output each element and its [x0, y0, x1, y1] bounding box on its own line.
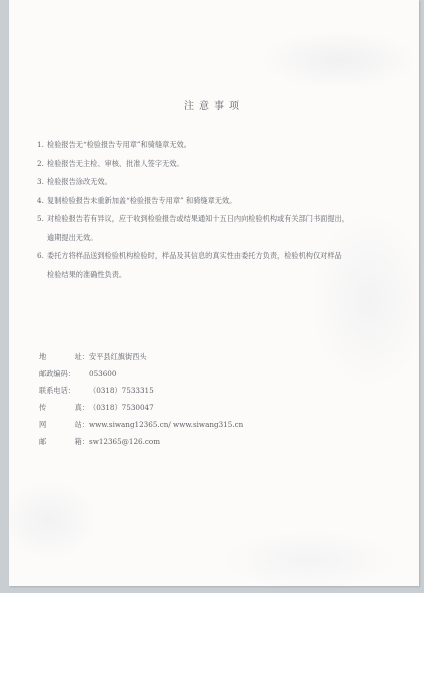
note-text: 对检验报告若有异议，应于收到检验报告或结果通知十五日内向检验机构或有关部门书面提…: [47, 214, 407, 243]
note-text: 复制检验报告未重新加盖“检验报告专用章” 和骑缝章无效。: [47, 196, 407, 206]
note-number: 4.: [37, 196, 47, 206]
note-number: 2.: [37, 159, 47, 169]
note-number: 1.: [37, 140, 47, 150]
scan-border: 注意事项 1. 检验报告无“检验报告专用章”和骑缝章无效。 2. 检验报告无主检…: [0, 0, 424, 593]
notes-list: 1. 检验报告无“检验报告专用章”和骑缝章无效。 2. 检验报告无主检、审核、批…: [37, 140, 407, 289]
contact-email: 邮箱： sw12365@126.com: [39, 437, 339, 454]
contact-value: （0318）7530047: [89, 403, 154, 420]
page-title: 注意事项: [9, 97, 419, 112]
contact-website: 网站： www.siwang12365.cn/ www.siwang315.cn: [39, 420, 339, 437]
note-line-1: 对检验报告若有异议，应于收到检验报告或结果通知十五日内向检验机构或有关部门书面提…: [47, 214, 349, 223]
note-number: 3.: [37, 177, 47, 187]
contact-value: 安平县红旗街西头: [89, 352, 147, 369]
note-text: 委托方将样品送到检验机构检验时，样品及其信息的真实性由委托方负责，检验机构仅对样…: [47, 251, 407, 280]
note-item: 6. 委托方将样品送到检验机构检验时，样品及其信息的真实性由委托方负责，检验机构…: [37, 251, 407, 280]
note-item: 3. 检验报告涂改无效。: [37, 177, 407, 187]
contact-label: 箱：: [75, 437, 89, 454]
contact-label: 传: [39, 403, 46, 420]
note-item: 4. 复制检验报告未重新加盖“检验报告专用章” 和骑缝章无效。: [37, 196, 407, 206]
contact-info: 地址： 安平县红旗街西头 邮政编码： 053600 联系电话： （0318）75…: [39, 352, 339, 454]
contact-address: 地址： 安平县红旗街西头: [39, 352, 339, 369]
contact-label: 网: [39, 420, 46, 437]
note-item: 2. 检验报告无主检、审核、批准人签字无效。: [37, 159, 407, 169]
contact-label: 邮政编码：: [39, 369, 75, 386]
contact-label: 地: [39, 352, 46, 369]
contact-label: 址：: [75, 352, 89, 369]
note-line-2: 逾期提出无效。: [47, 233, 407, 243]
contact-phone: 联系电话： （0318）7533315: [39, 386, 339, 403]
contact-value: www.siwang12365.cn/ www.siwang315.cn: [89, 420, 243, 437]
note-text: 检验报告无“检验报告专用章”和骑缝章无效。: [47, 140, 407, 150]
paper-texture: [9, 0, 419, 586]
contact-label: 站：: [75, 420, 89, 437]
contact-fax: 传真： （0318）7530047: [39, 403, 339, 420]
contact-label: 邮: [39, 437, 46, 454]
contact-value: 053600: [89, 369, 116, 386]
contact-label: 真：: [75, 403, 89, 420]
note-line-2: 检验结果的准确性负责。: [47, 270, 407, 280]
note-number: 6.: [37, 251, 47, 280]
note-item: 5. 对检验报告若有异议，应于收到检验报告或结果通知十五日内向检验机构或有关部门…: [37, 214, 407, 243]
note-text: 检验报告无主检、审核、批准人签字无效。: [47, 159, 407, 169]
note-number: 5.: [37, 214, 47, 243]
note-line-1: 委托方将样品送到检验机构检验时，样品及其信息的真实性由委托方负责，检验机构仅对样…: [47, 251, 342, 260]
contact-value: sw12365@126.com: [89, 437, 160, 454]
note-text: 检验报告涂改无效。: [47, 177, 407, 187]
note-item: 1. 检验报告无“检验报告专用章”和骑缝章无效。: [37, 140, 407, 150]
document-page: 注意事项 1. 检验报告无“检验报告专用章”和骑缝章无效。 2. 检验报告无主检…: [9, 0, 419, 586]
contact-label: 联系电话：: [39, 386, 75, 403]
contact-postcode: 邮政编码： 053600: [39, 369, 339, 386]
contact-value: （0318）7533315: [89, 386, 154, 403]
